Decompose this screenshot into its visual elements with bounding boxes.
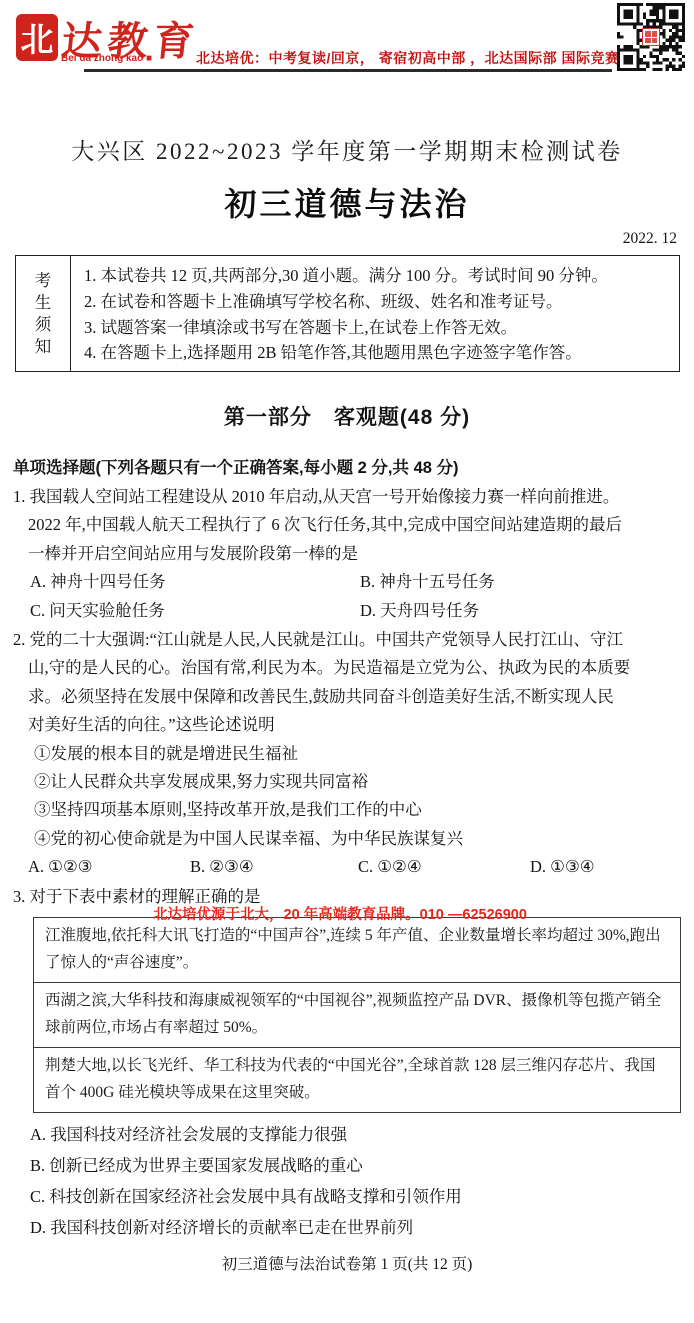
option-b: B. 神舟十五号任务: [360, 568, 694, 596]
logo-subtext: Bei da zhong kao ■: [61, 53, 152, 64]
table-row: 江淮腹地,依托科大讯飞打造的“中国声谷”,连续 5 年产值、企业数量增长率均超过…: [34, 918, 680, 983]
statement-2: ②让人民群众共享发展成果,努力实现共同富裕: [0, 768, 694, 796]
table-row: 西湖之滨,大华科技和海康威视领军的“中国视谷”,视频监控产品 DVR、摄像机等包…: [34, 983, 680, 1048]
statement-1: ①发展的根本目的就是增进民生福祉: [0, 740, 694, 768]
question-2-options: A. ①②③ B. ②③④ C. ①②④ D. ①③④: [0, 853, 694, 881]
question-1-stem: 1. 我国载人空间站工程建设从 2010 年启动,从天宫一号开始像接力赛一样向前…: [0, 483, 694, 511]
logo-seal-char: 北: [21, 14, 54, 61]
statement-3: ③坚持四项基本原则,坚持改革开放,是我们工作的中心: [0, 796, 694, 824]
header-slogan: 北达培优：中考复读/回京， 寄宿初高中部 ，北达国际部 国际竞赛部: [196, 48, 634, 68]
table-row: 荆楚大地,以长飞光纤、华工科技为代表的“中国光谷”,全球首款 128 层三维闪存…: [34, 1048, 680, 1112]
exam-page: 北 达教育 Bei da zhong kao ■ 北达培优：中考复读/回京， 寄…: [0, 0, 694, 1323]
qr-code-icon: [617, 2, 685, 72]
option-a: A. ①②③: [28, 853, 190, 881]
notice-item: 2. 在试卷和答题卡上准确填写学校名称、班级、姓名和准考证号。: [84, 289, 675, 315]
material-table: 江淮腹地,依托科大讯飞打造的“中国声谷”,连续 5 年产值、企业数量增长率均超过…: [33, 917, 681, 1113]
logo-seal-icon: 北: [17, 15, 57, 60]
notice-side-label: 考生须知: [16, 256, 71, 371]
qr-center-emblem: [642, 28, 660, 46]
option-d: D. 我国科技创新对经济增长的贡献率已走在世界前列: [30, 1212, 694, 1243]
notice-item: 3. 试题答案一律填涂或书写在答题卡上,在试卷上作答无效。: [84, 315, 675, 341]
option-a: A. 我国科技对经济社会发展的支撑能力很强: [30, 1119, 694, 1150]
option-a: A. 神舟十四号任务: [30, 568, 360, 596]
notice-items: 1. 本试卷共 12 页,共两部分,30 道小题。满分 100 分。考试时间 9…: [71, 256, 679, 371]
option-d: D. 天舟四号任务: [360, 597, 694, 625]
section-heading: 第一部分 客观题(48 分): [0, 401, 694, 431]
exam-title: 大兴区 2022~2023 学年度第一学期期末检测试卷: [0, 133, 694, 166]
candidate-notice-box: 考生须知 1. 本试卷共 12 页,共两部分,30 道小题。满分 100 分。考…: [15, 255, 680, 372]
header-divider: [84, 69, 612, 72]
option-b: B. 创新已经成为世界主要国家发展战略的重心: [30, 1150, 694, 1181]
option-b: B. ②③④: [190, 853, 358, 881]
section-subheading: 单项选择题(下列各题只有一个正确答案,每小题 2 分,共 48 分): [0, 454, 694, 478]
header: 北 达教育 Bei da zhong kao ■ 北达培优：中考复读/回京， 寄…: [0, 0, 694, 100]
notice-item: 1. 本试卷共 12 页,共两部分,30 道小题。满分 100 分。考试时间 9…: [84, 263, 675, 289]
page-footer: 初三道德与法治试卷第 1 页(共 12 页): [0, 1252, 694, 1274]
question-1-options: A. 神舟十四号任务 B. 神舟十五号任务 C. 问天实验舱任务 D. 天舟四号…: [0, 568, 694, 625]
option-d: D. ①③④: [530, 853, 694, 881]
question-3: 3. 对于下表中素材的理解正确的是 江淮腹地,依托科大讯飞打造的“中国声谷”,连…: [0, 883, 694, 1243]
exam-date: 2022. 12: [0, 230, 694, 248]
option-c: C. ①②④: [358, 853, 530, 881]
option-c: C. 问天实验舱任务: [30, 597, 360, 625]
question-2-stem: 2. 党的二十大强调:“江山就是人民,人民就是江山。中国共产党领导人民打江山、守…: [0, 626, 694, 654]
subject-title: 初三道德与法治: [0, 179, 694, 225]
statement-4: ④党的初心使命就是为中国人民谋幸福、为中华民族谋复兴: [0, 825, 694, 853]
ad-watermark: 北达培优源于北大，20 年高端教育品牌。010 —62526900: [153, 903, 527, 924]
question-1: 1. 我国载人空间站工程建设从 2010 年启动,从天宫一号开始像接力赛一样向前…: [0, 483, 694, 625]
option-c: C. 科技创新在国家经济社会发展中具有战略支撑和引领作用: [30, 1181, 694, 1212]
notice-item: 4. 在答题卡上,选择题用 2B 铅笔作答,其他题用黑色字迹签字笔作答。: [84, 340, 675, 366]
question-2: 2. 党的二十大强调:“江山就是人民,人民就是江山。中国共产党领导人民打江山、守…: [0, 626, 694, 882]
question-3-options: A. 我国科技对经济社会发展的支撑能力很强 B. 创新已经成为世界主要国家发展战…: [0, 1119, 694, 1243]
